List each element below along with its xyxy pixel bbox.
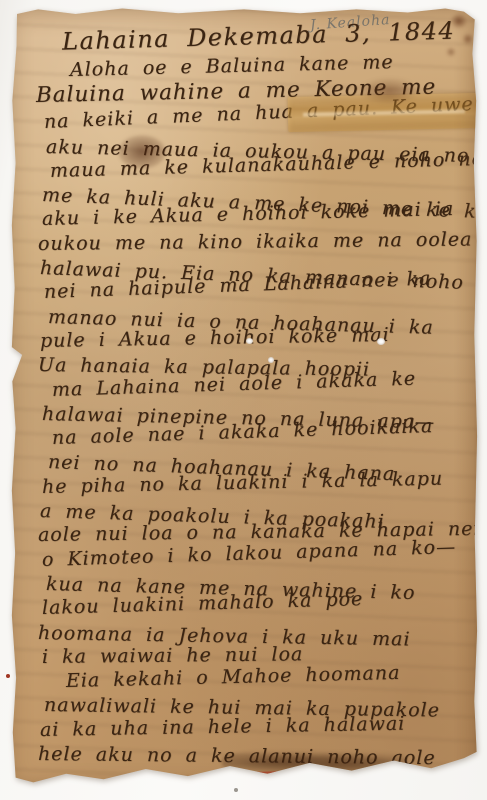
handwriting-line: manao nui ia o na hoahanau i ka <box>48 306 467 342</box>
handwriting-line: Ua hanaia ka palapala hoopii <box>38 354 466 384</box>
letter-body: Aloha oe e Baluina kane me Baluina wahin… <box>36 59 466 767</box>
handwriting-line: a me ka poakolu i ka poakahi <box>40 500 467 538</box>
handwriting-line: nei no na hoahanau i ka hana <box>48 451 467 490</box>
handwriting-line: Eia kekahi o Mahoe hoomana <box>66 660 466 694</box>
corner-stain <box>462 33 474 45</box>
handwriting-line: aole nui loa o na kanaka ke hapai nei <box>38 518 466 548</box>
handwriting-line: halawai pinepine no na luna apa— <box>42 403 466 436</box>
paper-hole <box>377 338 385 345</box>
handwriting-line: ai ka uha ina hele i ka halawai <box>40 711 466 743</box>
handwriting-line: hoomana ia Jehova i ka uku mai <box>38 622 466 654</box>
tape-repair-strip <box>288 93 481 132</box>
handwriting-line: Baluina wahine a me Keone me <box>36 74 466 111</box>
handwriting-line: kua na kane me na wahine i ko <box>46 573 466 608</box>
pencil-annotation: J. Kealoha <box>310 8 441 33</box>
handwriting-line: halawai pu. Eia no ka manao e noho <box>40 257 467 296</box>
handwriting-line: me ka huli aku a me ke noi me ke kauoha <box>42 184 467 225</box>
handwriting-line: oukou me na kino ikaika me na oolea e <box>38 228 466 257</box>
letter-dateline: Lahaina Dekemaba 3, 1844 <box>62 18 393 55</box>
smudged-cutoff-line <box>222 749 407 775</box>
gray-speck <box>234 788 238 792</box>
handwriting-line: Aloha oe e Baluina kane me <box>70 49 466 83</box>
handwriting-line: pule i Akua e hoihoi koke mai <box>40 323 466 355</box>
corner-stain <box>446 47 456 57</box>
handwriting-line: aku nei maua ia oukou a pau eia no <box>46 136 466 169</box>
scanned-letter-page: J. Kealoha Lahaina Dekemaba 3, 1844 Aloh… <box>0 0 487 800</box>
handwriting-line: maua ma ke kulanakauhale e noho nei <box>50 148 467 184</box>
ink-stain <box>358 77 420 105</box>
handwriting-line: hele aku no a ke alanui noho aole <box>38 743 466 772</box>
red-speck <box>6 674 10 678</box>
ink-stain <box>118 135 166 169</box>
paper-shadow-wrap: J. Kealoha Lahaina Dekemaba 3, 1844 Aloh… <box>0 0 487 800</box>
handwriting-line: he piha no ka luakini i ka la kapu <box>42 467 466 500</box>
paper-hole <box>268 357 274 363</box>
handwriting-line: aku i ke Akua e hoihoi koke mai ia <box>42 198 466 233</box>
letter-paper: J. Kealoha Lahaina Dekemaba 3, 1844 Aloh… <box>10 7 478 787</box>
handwriting-line: i ka waiwai he nui loa <box>42 641 466 670</box>
handwriting-line: na keiki a me na hua a pau. Ke uwe <box>43 94 466 136</box>
handwriting-line: nei na haipule ma Lahaina nei ka <box>44 267 467 306</box>
handwriting-line: o Kimoteo i ko lakou apana na ko— <box>42 535 467 573</box>
handwriting-line: na aole nae i akaka ke hooikaika <box>52 414 467 451</box>
handwriting-line: lakou luakini mahalo ka poe <box>42 585 467 621</box>
red-ink-mark <box>256 770 314 774</box>
red-ink-mark <box>342 774 380 777</box>
handwriting-line: ma Lahaina nei aole i akaka ke <box>52 366 467 403</box>
corner-stain <box>450 13 468 29</box>
handwriting-line: nawaliwali ke hui mai ka pupakole <box>44 694 466 724</box>
paper-hole <box>246 338 253 344</box>
